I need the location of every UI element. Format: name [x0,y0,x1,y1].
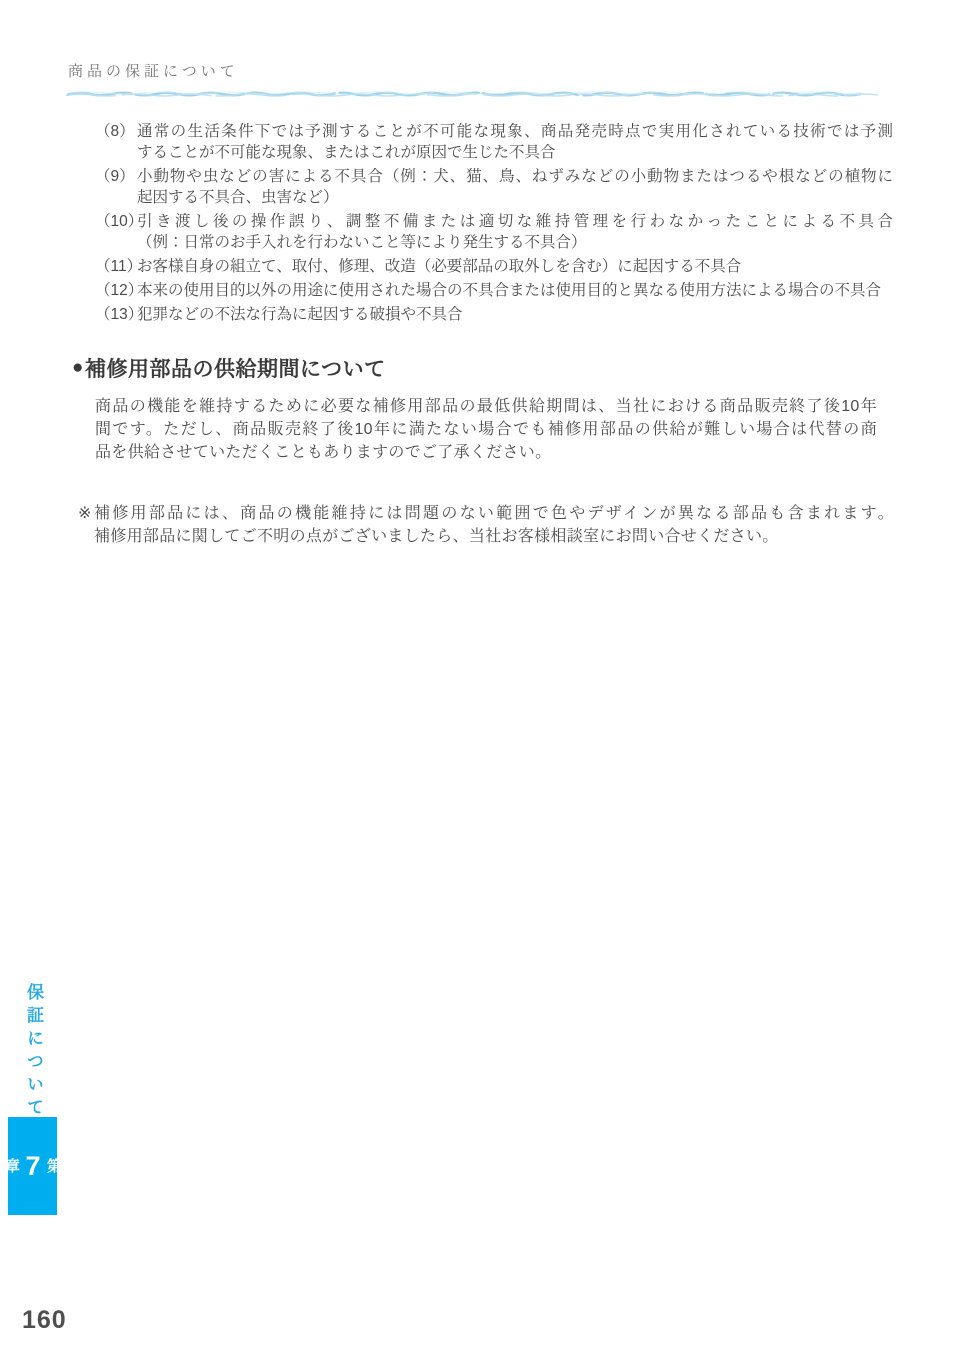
item-number: （8） [95,121,137,163]
item-number: （9） [95,166,137,208]
list-item: （10） 引き渡し後の操作誤り、調整不備または適切な維持管理を行わなかったことに… [95,211,893,253]
item-text: 通常の生活条件下では予測することが不可能な現象、商品発売時点で実用化されている技… [137,121,893,163]
list-item: （9） 小動物や虫などの害による不具合（例：犬、猫、鳥、ねずみなどの小動物または… [95,166,893,208]
text-line: 本来の使用目的以外の用途に使用された場合の不具合または使用目的と異なる使用方法に… [137,280,893,301]
item-number: （13） [95,304,137,325]
text-line: 犯罪などの不法な行為に起因する破損や不具合 [137,304,893,325]
item-number: （12） [95,280,137,301]
text-line: 起因する不具合、虫害など） [137,187,893,208]
item-text: お客様自身の組立て、取付、修理、改造（必要部品の取外しを含む）に起因する不具合 [137,256,893,277]
note-text: 補修用部品には、商品の機能維持には問題のない範囲で色やデザインが異なる部品も含ま… [94,502,894,548]
list-item: （11） お客様自身の組立て、取付、修理、改造（必要部品の取外しを含む）に起因す… [95,256,893,277]
running-head-title: 商品の保証について [68,60,239,81]
section-heading: ● 補修用部品の供給期間について [72,353,386,383]
note-marker: ※ [78,502,94,548]
text-line: （例：日常のお手入れを行わないこと等により発生する不具合） [137,232,893,253]
list-item: （13） 犯罪などの不法な行為に起因する破損や不具合 [95,304,893,325]
text-line: 通常の生活条件下では予測することが不可能な現象、商品発売時点で実用化されている技… [137,121,893,142]
chapter-tab-text: 第 7 章 [4,1149,61,1184]
text-line: 商品の機能を維持するために必要な補修用部品の最低供給期間は、当社における商品販売… [95,395,877,418]
manual-page: 商品の保証について （8） 通常の生活条件下では予測することが不可能な現象、商品… [0,0,960,1358]
page-number: 160 [22,1306,67,1335]
text-line: 小動物や虫などの害による不具合（例：犬、猫、鳥、ねずみなどの小動物またはつるや根… [137,166,893,187]
list-item: （12） 本来の使用目的以外の用途に使用された場合の不具合または使用目的と異なる… [95,280,893,301]
text-line: 補修用部品に関してご不明の点がございましたら、当社お客様相談室にお問い合せくださ… [94,525,894,548]
chapter-tab-box: 第 7 章 [8,1117,57,1215]
item-number: （10） [95,211,137,253]
brush-divider-line [66,88,890,100]
item-number: （11） [95,256,137,277]
chapter-suffix: 章 [4,1158,19,1174]
item-text: 本来の使用目的以外の用途に使用された場合の不具合または使用目的と異なる使用方法に… [137,280,893,301]
section-body-paragraph: 商品の機能を維持するために必要な補修用部品の最低供給期間は、当社における商品販売… [95,395,877,464]
item-text: 引き渡し後の操作誤り、調整不備または適切な維持管理を行わなかったことによる不具合… [137,211,893,253]
item-text: 犯罪などの不法な行為に起因する破損や不具合 [137,304,893,325]
chapter-number: 7 [19,1151,46,1182]
text-line: 引き渡し後の操作誤り、調整不備または適切な維持管理を行わなかったことによる不具合 [137,211,893,232]
text-line: 補修用部品には、商品の機能維持には問題のない範囲で色やデザインが異なる部品も含ま… [94,502,894,525]
warranty-exclusion-list: （8） 通常の生活条件下では予測することが不可能な現象、商品発売時点で実用化され… [95,121,893,328]
sidebar-chapter-label: 保証について [21,983,46,1121]
list-item: （8） 通常の生活条件下では予測することが不可能な現象、商品発売時点で実用化され… [95,121,893,163]
text-line: することが不可能な現象、またはこれが原因で生じた不具合 [137,142,893,163]
text-line: 間です。ただし、商品販売終了後10年に満たない場合でも補修用部品の供給が難しい場… [95,418,877,441]
section-heading-text: 補修用部品の供給期間について [85,353,386,383]
bullet-icon: ● [72,357,84,379]
text-line: お客様自身の組立て、取付、修理、改造（必要部品の取外しを含む）に起因する不具合 [137,256,893,277]
parts-note: ※ 補修用部品には、商品の機能維持には問題のない範囲で色やデザインが異なる部品も… [78,502,894,548]
text-line: 品を供給させていただくこともありますのでご了承ください。 [95,441,877,464]
item-text: 小動物や虫などの害による不具合（例：犬、猫、鳥、ねずみなどの小動物またはつるや根… [137,166,893,208]
chapter-prefix: 第 [46,1158,61,1174]
